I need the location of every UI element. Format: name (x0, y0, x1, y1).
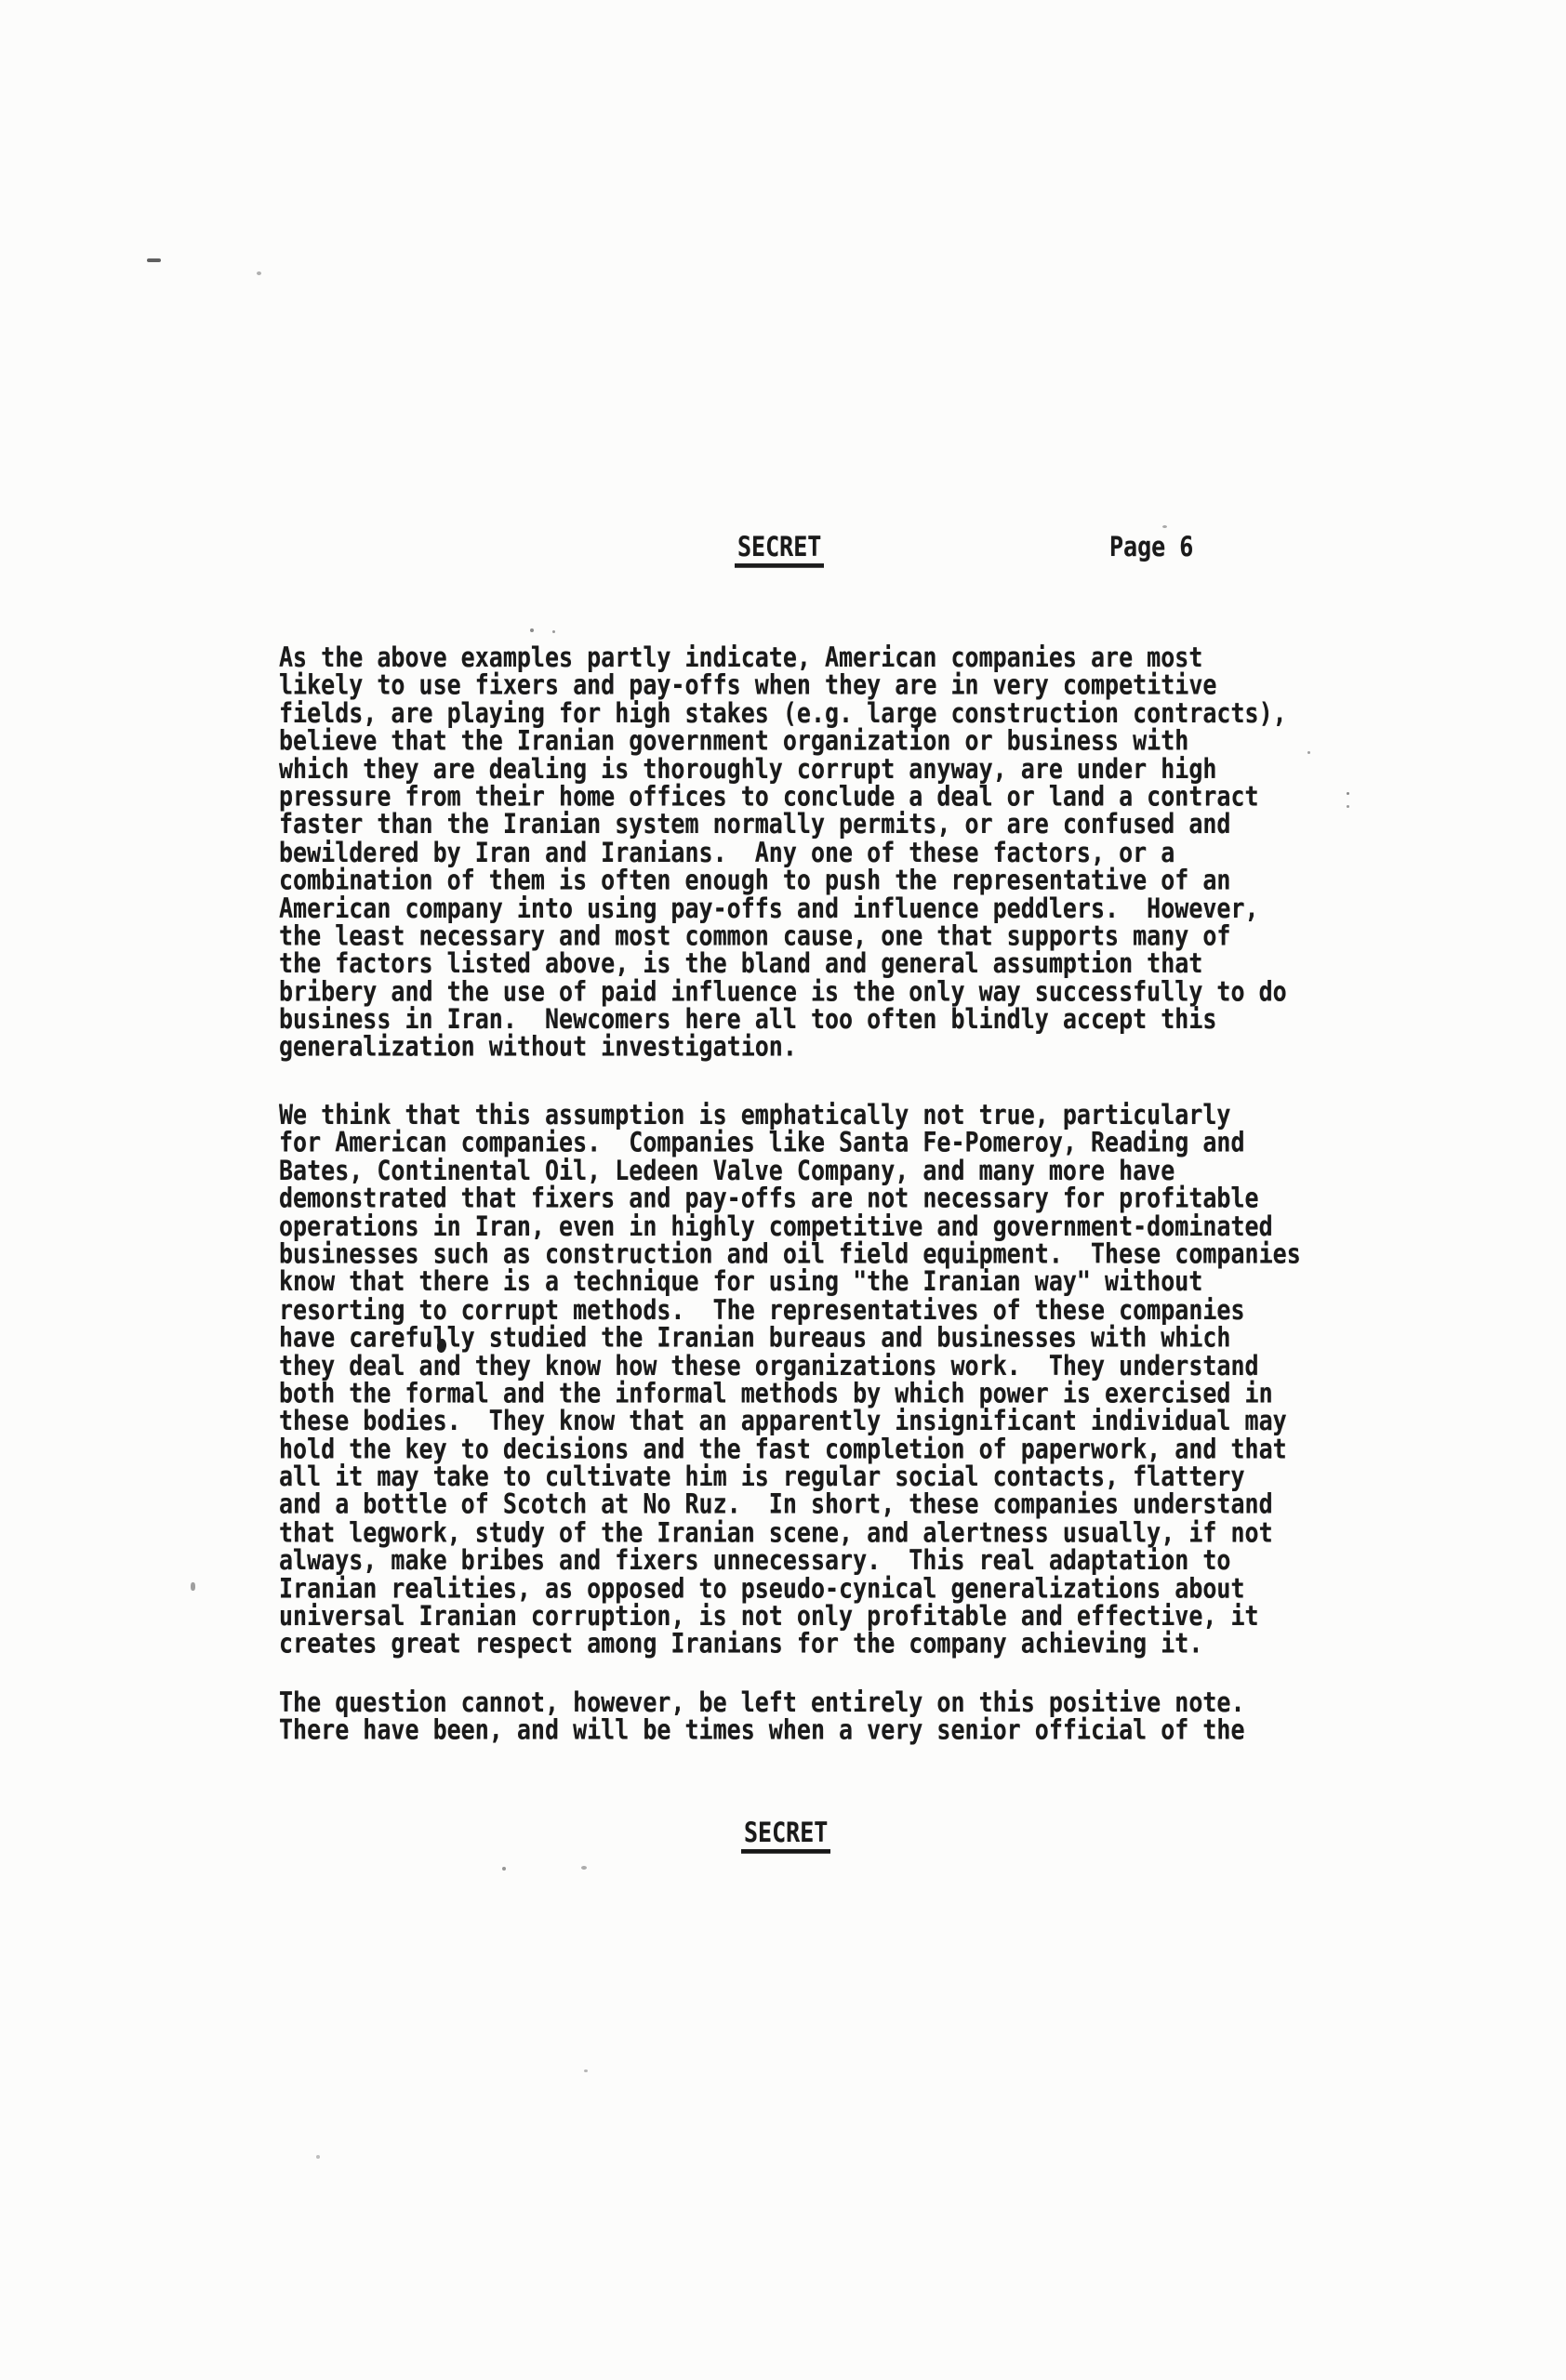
page-number: Page 6 (1109, 533, 1193, 561)
text-line: As the above examples partly indicate, A… (279, 643, 1287, 671)
text-line: demonstrated that fixers and pay-offs ar… (279, 1184, 1301, 1212)
text-line: fields, are playing for high stakes (e.g… (279, 699, 1287, 727)
text-line: have carefully studied the Iranian burea… (279, 1324, 1301, 1352)
text-line: There have been, and will be times when … (279, 1716, 1245, 1744)
text-line: hold the key to decisions and the fast c… (279, 1435, 1301, 1463)
text-line: the least necessary and most common caus… (279, 922, 1287, 950)
text-line: likely to use fixers and pay-offs when t… (279, 671, 1287, 699)
text-line: The question cannot, however, be left en… (279, 1688, 1245, 1716)
text-line: operations in Iran, even in highly compe… (279, 1212, 1301, 1240)
text-line: generalization without investigation. (279, 1033, 1287, 1061)
scan-artifact (1347, 805, 1349, 808)
text-line: pressure from their home offices to conc… (279, 783, 1287, 811)
text-line: business in Iran. Newcomers here all too… (279, 1005, 1287, 1033)
text-line: for American companies. Companies like S… (279, 1129, 1301, 1157)
text-line: universal Iranian corruption, is not onl… (279, 1602, 1301, 1630)
text-line: bribery and the use of paid influence is… (279, 978, 1287, 1006)
text-line: the factors listed above, is the bland a… (279, 950, 1287, 978)
scan-artifact (147, 258, 161, 262)
paragraph: We think that this assumption is emphati… (279, 1101, 1301, 1658)
paragraph: As the above examples partly indicate, A… (279, 643, 1287, 1061)
scan-artifact (1307, 751, 1310, 754)
text-line: businesses such as construction and oil … (279, 1240, 1301, 1268)
scan-artifact (552, 630, 555, 633)
text-line: resorting to corrupt methods. The repres… (279, 1296, 1301, 1324)
text-line: faster than the Iranian system normally … (279, 811, 1287, 839)
text-line: all it may take to cultivate him is regu… (279, 1462, 1301, 1490)
text-line: Bates, Continental Oil, Ledeen Valve Com… (279, 1157, 1301, 1184)
text-line: We think that this assumption is emphati… (279, 1101, 1301, 1129)
text-line: always, make bribes and fixers unnecessa… (279, 1546, 1301, 1574)
text-line: American company into using pay-offs and… (279, 894, 1287, 922)
text-line: which they are dealing is thoroughly cor… (279, 755, 1287, 783)
text-line: Iranian realities, as opposed to pseudo-… (279, 1574, 1301, 1602)
text-line: creates great respect among Iranians for… (279, 1630, 1301, 1658)
scan-artifact (316, 2155, 320, 2159)
text-line: and a bottle of Scotch at No Ruz. In sho… (279, 1490, 1301, 1518)
text-line: combination of them is often enough to p… (279, 866, 1287, 894)
text-line: that legwork, study of the Iranian scene… (279, 1518, 1301, 1546)
text-line: believe that the Iranian government orga… (279, 727, 1287, 755)
classification-footer: SECRET (741, 1818, 830, 1854)
scan-artifact (257, 271, 261, 275)
text-line: bewildered by Iran and Iranians. Any one… (279, 839, 1287, 866)
scan-artifact (1347, 792, 1349, 795)
classification-header: SECRET (735, 533, 824, 568)
scan-artifact (191, 1582, 195, 1591)
scanned-document-page: SECRET Page 6 As the above examples part… (0, 0, 1566, 2380)
text-line: these bodies. They know that an apparent… (279, 1408, 1301, 1435)
scan-artifact (584, 2069, 588, 2072)
text-line: know that there is a technique for using… (279, 1268, 1301, 1296)
scan-artifact (1162, 525, 1167, 528)
paragraph: The question cannot, however, be left en… (279, 1688, 1245, 1744)
text-line: they deal and they know how these organi… (279, 1352, 1301, 1380)
scan-artifact (502, 1867, 506, 1871)
scan-artifact (530, 628, 534, 632)
scan-artifact (581, 1866, 587, 1870)
text-line: both the formal and the informal methods… (279, 1380, 1301, 1408)
